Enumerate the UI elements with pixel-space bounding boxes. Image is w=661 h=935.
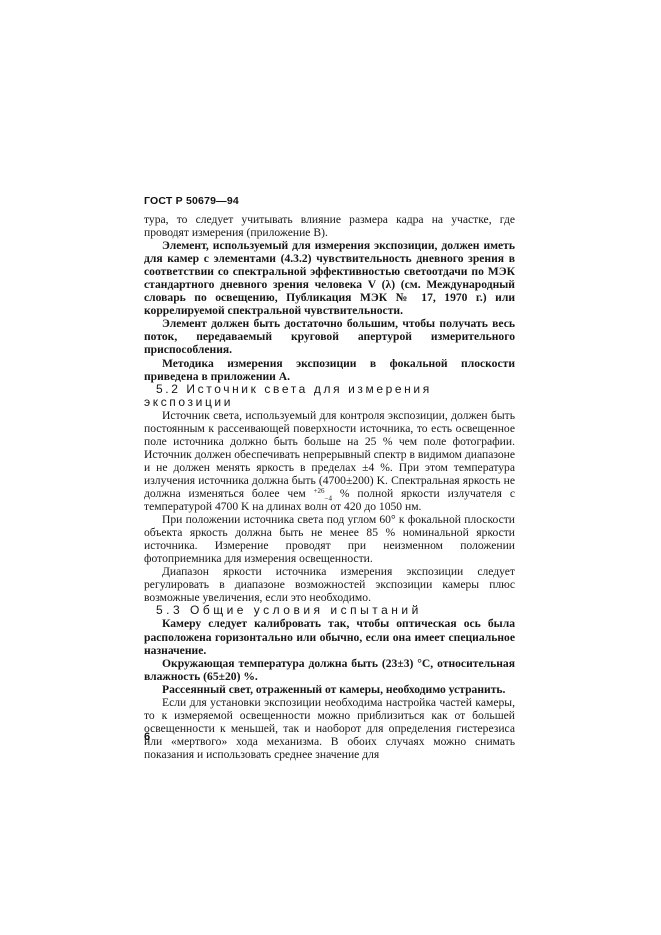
- document-body: тура, то следует учитывать влияние разме…: [144, 213, 515, 761]
- tolerance-upper: +26: [314, 487, 325, 495]
- paragraph-method-reference: Методика измерения экспозиции в фокально…: [144, 357, 515, 383]
- paragraph-measuring-element: Элемент, используемый для измерения эксп…: [144, 239, 515, 317]
- paragraph-source-angle: При положении источника света под углом …: [144, 513, 515, 565]
- standard-header: ГОСТ Р 50679—94: [144, 195, 239, 207]
- paragraph-calibration: Камеру следует калибровать так, чтобы оп…: [144, 617, 515, 656]
- page-number: 6: [144, 731, 150, 743]
- paragraph-brightness-range: Диапазон яркости источника измерения экс…: [144, 565, 515, 604]
- paragraph-light-source: Источник света, используемый для контрол…: [144, 409, 515, 513]
- paragraph-hysteresis: Если для установки экспозиции необходима…: [144, 696, 515, 761]
- section-heading-5-2: 5.2 Источник света для измерения экспози…: [144, 383, 515, 409]
- paragraph-stray-light: Рассеянный свет, отраженный от камеры, н…: [144, 683, 515, 696]
- paragraph-element-size: Элемент должен быть достаточно большим, …: [144, 317, 515, 356]
- paragraph-ambient-conditions: Окружающая температура должна быть (23±3…: [144, 657, 515, 683]
- paragraph-continuation: тура, то следует учитывать влияние разме…: [144, 213, 515, 239]
- section-heading-5-3: 5.3 Общие условия испытаний: [144, 604, 515, 617]
- document-page: ГОСТ Р 50679—94 тура, то следует учитыва…: [0, 0, 661, 935]
